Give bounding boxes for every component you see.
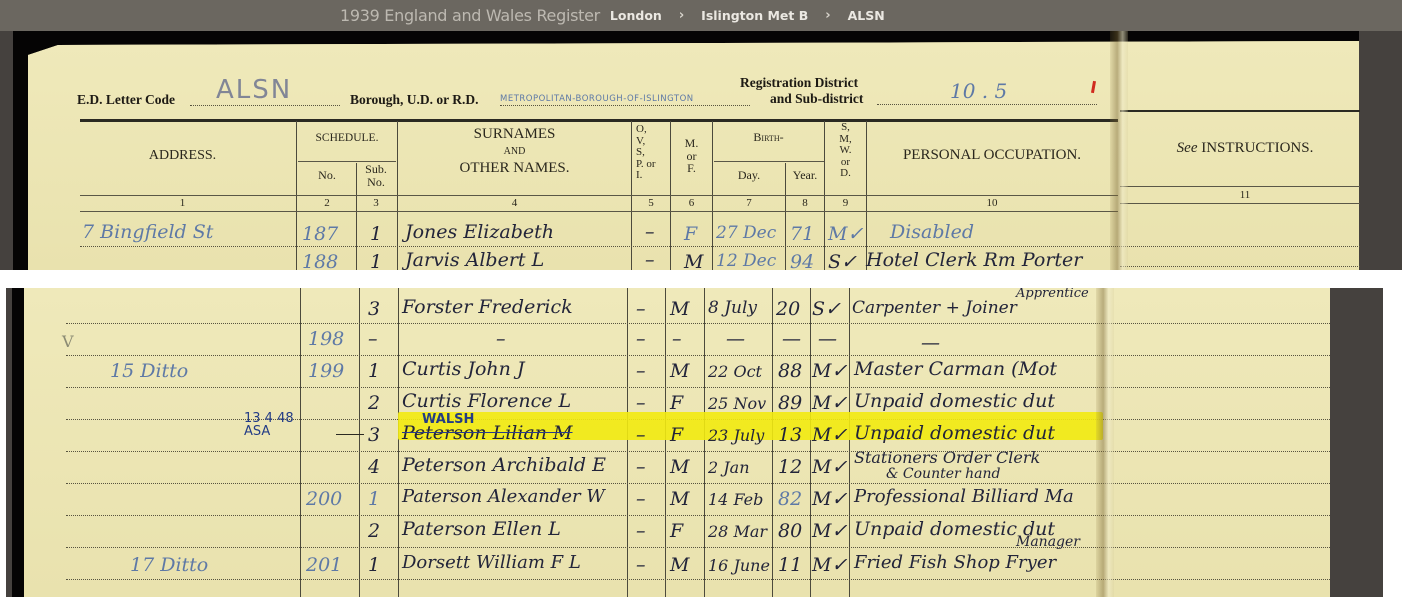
row-rule bbox=[66, 547, 1330, 548]
row-rule bbox=[66, 355, 1330, 356]
instructions-rule bbox=[1120, 203, 1360, 204]
cell-status: M✓ bbox=[812, 488, 847, 510]
cell-year: 80 bbox=[778, 520, 802, 542]
cell-occupation: Carpenter + Joiner bbox=[852, 298, 1017, 318]
cell-day: 2 Jan bbox=[708, 458, 750, 477]
row-rule bbox=[66, 387, 1330, 388]
cell-occupation: Professional Billiard Ma bbox=[854, 486, 1074, 507]
cell-note: & Counter hand bbox=[886, 466, 1000, 482]
cell-ovspi: – bbox=[636, 328, 646, 350]
chevron-right-icon: › bbox=[679, 8, 684, 23]
cell-sub: 3 bbox=[368, 424, 380, 446]
register-image-top[interactable]: E.D. Letter Code ALSN Borough, U.D. or R… bbox=[0, 31, 1402, 270]
col-number: 7 bbox=[713, 197, 785, 209]
cell-sex: M bbox=[670, 456, 689, 478]
dotted-fill bbox=[877, 104, 1097, 105]
cell-sex: F bbox=[670, 392, 683, 414]
cell-sub: 1 bbox=[370, 223, 382, 245]
borough-label: Borough, U.D. or R.D. bbox=[350, 92, 479, 108]
cell-year: 89 bbox=[778, 392, 802, 414]
breadcrumb-alsn[interactable]: ALSN bbox=[848, 8, 885, 23]
cell-sub: 2 bbox=[368, 520, 380, 542]
cell-ovspi: – bbox=[645, 249, 655, 270]
breadcrumb-bar: 1939 England and Wales Register London ›… bbox=[0, 0, 1402, 31]
cell-sub: – bbox=[368, 328, 378, 350]
registration-district-label: Registration District bbox=[740, 75, 858, 91]
col-header-birth: Birth- bbox=[713, 131, 824, 144]
cell-year: 13 bbox=[778, 424, 802, 446]
cell-name: Jarvis Albert L bbox=[405, 249, 544, 270]
cell-sub: 4 bbox=[368, 456, 380, 478]
col-number: 2 bbox=[298, 197, 356, 209]
cell-schedule: 201 bbox=[306, 554, 342, 576]
page-fold bbox=[1096, 288, 1114, 597]
cell-occupation: Disabled bbox=[890, 221, 974, 243]
cell-status: M✓ bbox=[812, 456, 847, 478]
cell-schedule: 188 bbox=[302, 251, 338, 270]
col-header-surnames: SURNAMES AND OTHER NAMES. bbox=[398, 127, 631, 177]
col-number: 9 bbox=[825, 197, 866, 209]
cell-name: Jones Elizabeth bbox=[405, 221, 554, 243]
row-rule bbox=[66, 451, 1330, 452]
cell-address: 15 Ditto bbox=[110, 360, 188, 382]
col-header-ovspi: O,V,S,P. orI. bbox=[636, 124, 672, 182]
cell-sex: M bbox=[670, 488, 689, 510]
col-divider bbox=[398, 288, 399, 597]
cell-status: M✓ bbox=[812, 520, 847, 542]
col-divider bbox=[849, 288, 850, 597]
cell-name: Curtis Florence L bbox=[402, 390, 571, 412]
cell-day: — bbox=[726, 328, 745, 350]
cell-day: 8 July bbox=[708, 298, 757, 318]
cell-ovspi: – bbox=[636, 456, 646, 478]
cell-day: 23 July bbox=[708, 426, 764, 445]
header-top-rule-right bbox=[1120, 110, 1360, 112]
col-divider bbox=[627, 288, 628, 597]
cell-name: Paterson Ellen L bbox=[402, 518, 561, 540]
col-header-schedule: SCHEDULE. bbox=[298, 132, 396, 144]
cell-occupation: Stationers Order Clerk bbox=[854, 448, 1040, 467]
cell-note: Manager bbox=[1016, 534, 1080, 550]
cell-status: S✓ bbox=[828, 251, 857, 270]
cell-name: Forster Frederick bbox=[402, 296, 573, 318]
cell-ovspi: – bbox=[636, 424, 646, 446]
cell-day: 27 Dec bbox=[716, 223, 776, 243]
annotation-margin-stamp: 13 4 48 ASA bbox=[244, 412, 294, 438]
cell-note: Apprentice bbox=[1016, 288, 1089, 301]
cell-sex: M bbox=[670, 298, 689, 320]
cell-status: M✓ bbox=[828, 223, 863, 245]
cell-ovspi: – bbox=[636, 520, 646, 542]
sub-district-label: and Sub-district bbox=[770, 91, 863, 107]
col-number: 1 bbox=[100, 197, 265, 209]
strike-mark bbox=[336, 434, 364, 435]
cell-name: Curtis John J bbox=[402, 358, 525, 380]
col-header-instructions: See INSTRUCTIONS. bbox=[1140, 141, 1350, 157]
cell-name: Peterson Archibald E bbox=[402, 454, 606, 476]
instructions-rule bbox=[1120, 186, 1360, 187]
cell-name: Paterson Alexander W bbox=[402, 486, 605, 507]
col-number: 10 bbox=[867, 197, 1117, 209]
cell-sub: 2 bbox=[368, 392, 380, 414]
surnames-label: SURNAMES bbox=[398, 127, 631, 143]
col-header-marital: S,M,W.orD. bbox=[825, 122, 866, 180]
cell-occupation: Unpaid domestic dut bbox=[854, 422, 1055, 444]
cell-year: 11 bbox=[778, 554, 802, 576]
col-divider bbox=[772, 288, 773, 597]
cell-sex: F bbox=[670, 424, 683, 446]
col-number: 8 bbox=[786, 197, 824, 209]
cell-ovspi: – bbox=[636, 392, 646, 414]
cell-sub: 1 bbox=[368, 360, 380, 382]
cell-day: 25 Nov bbox=[708, 394, 766, 413]
cell-ovspi: – bbox=[636, 554, 646, 576]
cell-day: 16 June bbox=[708, 556, 770, 575]
cell-sex: M bbox=[670, 554, 689, 576]
cell-sub: 1 bbox=[368, 488, 380, 510]
col-number: 6 bbox=[671, 197, 712, 209]
cell-schedule: 198 bbox=[308, 328, 344, 350]
col-divider bbox=[665, 288, 666, 597]
margin-tick-mark: V bbox=[62, 332, 74, 351]
cell-day: 22 Oct bbox=[708, 362, 762, 381]
cell-sub: 3 bbox=[368, 298, 380, 320]
dotted-fill bbox=[190, 105, 340, 106]
col-header-birth-year: Year. bbox=[786, 169, 824, 182]
cell-occupation: Fried Fish Shop Fryer bbox=[854, 552, 1056, 573]
col-header-occupation: PERSONAL OCCUPATION. bbox=[867, 148, 1117, 164]
register-image-bottom[interactable]: V 3 Forster Frederick – M 8 July 20 S✓ C… bbox=[6, 288, 1383, 597]
cell-sex: M bbox=[684, 251, 703, 270]
ed-letter-code-stamp: ALSN bbox=[216, 75, 292, 105]
col-divider bbox=[300, 288, 301, 597]
colnum-bottom-rule bbox=[80, 211, 1118, 212]
col-divider bbox=[359, 288, 360, 597]
cell-ovspi: – bbox=[636, 360, 646, 382]
sub-label: Sub. bbox=[356, 163, 396, 176]
cell-occupation: Hotel Clerk Rm Porter bbox=[866, 249, 1082, 270]
row-rule bbox=[80, 246, 1360, 247]
cell-status: S✓ bbox=[812, 298, 841, 320]
cell-status: M✓ bbox=[812, 392, 847, 414]
cell-year: — bbox=[782, 328, 801, 350]
collection-title: 1939 England and Wales Register bbox=[340, 6, 600, 25]
cell-status: M✓ bbox=[812, 424, 847, 446]
cell-ovspi: – bbox=[636, 488, 646, 510]
no-label: No. bbox=[356, 176, 396, 189]
cell-status: — bbox=[818, 328, 837, 350]
cell-year: 20 bbox=[776, 298, 800, 320]
cell-occupation: Master Carman (Mot bbox=[854, 358, 1057, 380]
cell-address: 17 Ditto bbox=[130, 554, 208, 576]
cell-schedule: 199 bbox=[308, 360, 344, 382]
other-names-label: OTHER NAMES. bbox=[398, 161, 631, 177]
cell-status: M✓ bbox=[812, 360, 847, 382]
row-rule bbox=[1120, 266, 1360, 267]
borough-value: METROPOLITAN-BOROUGH-OF-ISLINGTON bbox=[500, 94, 694, 104]
header-top-rule bbox=[80, 119, 1118, 122]
row-rule bbox=[66, 579, 1330, 580]
col-number: 5 bbox=[632, 197, 670, 209]
registration-district-value: 10 . 5 bbox=[950, 79, 1007, 103]
col-header-schedule-no: No. bbox=[298, 169, 356, 182]
col-header-sub-no: Sub. No. bbox=[356, 163, 396, 188]
cell-schedule: 200 bbox=[306, 488, 342, 510]
annotation-married-name: WALSH bbox=[422, 412, 474, 427]
row-rule bbox=[66, 483, 1330, 484]
cell-year: 71 bbox=[790, 223, 814, 245]
col-number: 4 bbox=[398, 197, 631, 209]
and-label: AND bbox=[398, 147, 631, 158]
cell-sub: 1 bbox=[368, 554, 380, 576]
cell-sex: – bbox=[672, 328, 682, 350]
cell-year: 88 bbox=[778, 360, 802, 382]
cell-sex: F bbox=[670, 520, 683, 542]
cell-year: 94 bbox=[790, 251, 814, 270]
cell-day: 28 Mar bbox=[708, 522, 767, 541]
cell-status: M✓ bbox=[812, 554, 847, 576]
breadcrumb-islington[interactable]: Islington Met B bbox=[701, 8, 808, 23]
cell-ovspi: – bbox=[636, 298, 646, 320]
chevron-right-icon: › bbox=[825, 8, 830, 23]
cell-name: – bbox=[496, 328, 506, 350]
cell-occupation: Unpaid domestic dut bbox=[854, 390, 1055, 412]
col-header-sex: M.orF. bbox=[671, 137, 712, 175]
cell-sex: M bbox=[670, 360, 689, 382]
cell-occupation: — bbox=[921, 332, 940, 354]
cell-year: 12 bbox=[778, 456, 802, 478]
cell-name: Dorsett William F L bbox=[402, 552, 581, 573]
cell-address: 7 Bingfield St bbox=[82, 221, 213, 243]
breadcrumb-london[interactable]: London bbox=[610, 8, 662, 23]
col-divider bbox=[810, 288, 811, 597]
cell-schedule: 187 bbox=[302, 223, 338, 245]
ed-letter-code-label: E.D. Letter Code bbox=[77, 92, 175, 108]
col-number: 11 bbox=[1140, 189, 1350, 201]
header-bottom-rule bbox=[80, 195, 1118, 196]
cell-ovspi: – bbox=[645, 221, 655, 243]
page-fold bbox=[1110, 31, 1128, 270]
col-number: 3 bbox=[356, 197, 396, 209]
row-rule bbox=[66, 323, 1330, 324]
col-header-address: ADDRESS. bbox=[100, 149, 265, 164]
dotted-fill bbox=[500, 105, 750, 106]
birth-subrule bbox=[714, 161, 824, 162]
cell-sex: F bbox=[684, 223, 697, 245]
cell-day: 12 Dec bbox=[716, 251, 776, 270]
col-divider bbox=[704, 288, 705, 597]
cell-year: 82 bbox=[778, 488, 802, 510]
row-rule bbox=[66, 515, 1330, 516]
cell-sub: 1 bbox=[370, 251, 382, 270]
cell-day: 14 Feb bbox=[708, 490, 763, 509]
col-header-birth-day: Day. bbox=[713, 169, 785, 182]
